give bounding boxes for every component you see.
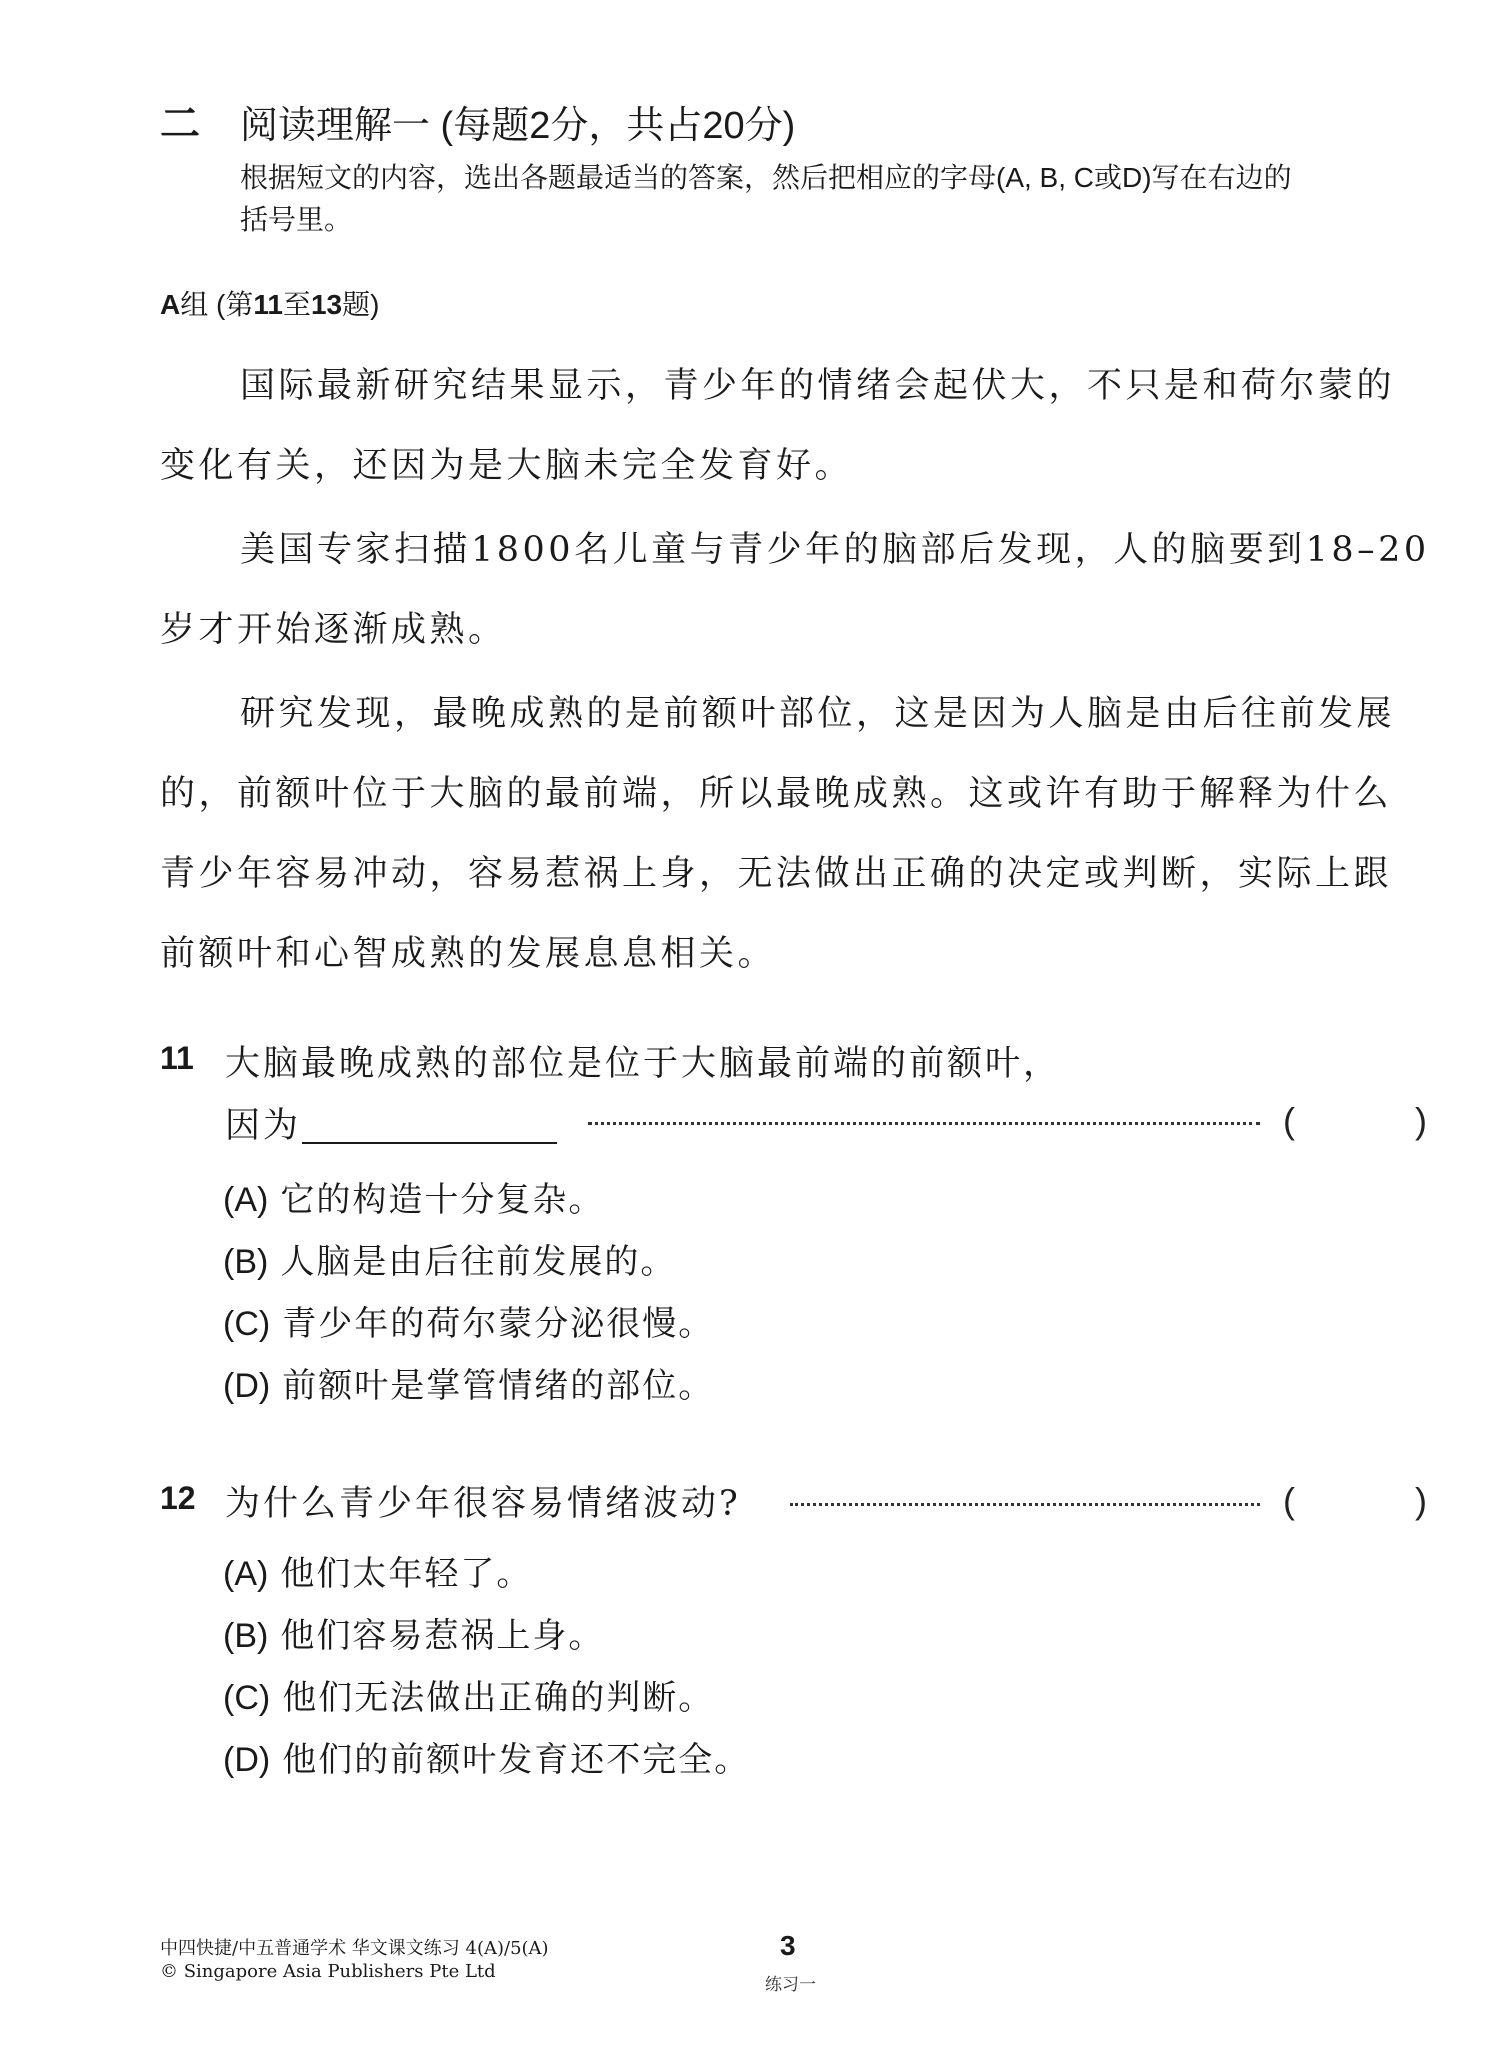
exercise-label: 练习一 [765, 1970, 816, 1995]
answer-bracket-open: ( [1283, 1480, 1295, 1522]
passage-line: 青少年容易冲动，容易惹祸上身，无法做出正确的决定或判断，实际上跟 [160, 846, 1392, 896]
passage-line: 美国专家扫描1800名儿童与青少年的脑部后发现，人的脑要到18–20 [240, 522, 1430, 572]
answer-box[interactable] [1300, 1480, 1410, 1524]
question-number: 12 [160, 1480, 196, 1517]
copyright: © Singapore Asia Publishers Pte Ltd [160, 1960, 549, 1983]
option-a[interactable]: (A)他们太年轻了。 [223, 1546, 532, 1595]
passage-line: 国际最新研究结果显示，青少年的情绪会起伏大，不只是和荷尔蒙的 [240, 358, 1395, 408]
answer-bracket-open: ( [1283, 1100, 1295, 1142]
answer-bracket-close: ) [1415, 1100, 1427, 1142]
fill-in-blank[interactable] [302, 1142, 557, 1144]
question-number: 11 [160, 1040, 194, 1077]
option-c[interactable]: (C)他们无法做出正确的判断。 [223, 1670, 714, 1719]
option-b[interactable]: (B)他们容易惹祸上身。 [223, 1608, 604, 1657]
instructions-line-1: 根据短文的内容，选出各题最适当的答案，然后把相应的字母(A, B, C或D)写在… [240, 156, 1292, 196]
answer-box[interactable] [1300, 1100, 1410, 1144]
question-text-continued: 因为 [225, 1098, 301, 1148]
passage-line: 研究发现，最晚成熟的是前额叶部位，这是因为人脑是由后往前发展 [240, 686, 1395, 736]
passage-line: 岁才开始逐渐成熟。 [160, 602, 507, 652]
question-text: 为什么青少年很容易情绪波动? [225, 1476, 741, 1526]
section-number: 二 [160, 92, 200, 149]
page-number: 3 [780, 1930, 796, 1962]
passage-line: 前额叶和心智成熟的发展息息相关。 [160, 926, 776, 976]
passage-line: 的，前额叶位于大脑的最前端，所以最晚成熟。这或许有助于解释为什么 [160, 766, 1392, 816]
question-text: 大脑最晚成熟的部位是位于大脑最前端的前额叶， [225, 1036, 1061, 1086]
group-letter: A [160, 289, 180, 320]
option-a[interactable]: (A)它的构造十分复杂。 [223, 1172, 604, 1221]
passage-line: 变化有关，还因为是大脑未完全发育好。 [160, 438, 853, 488]
book-title: 中四快捷/中五普通学术 华文课文练习 4(A)/5(A) [160, 1937, 549, 1960]
instructions-line-2: 括号里。 [240, 198, 352, 238]
leader-dots [790, 1503, 1260, 1506]
option-d[interactable]: (D)他们的前额叶发育还不完全。 [223, 1732, 750, 1781]
section-title: 阅读理解一 (每题2分，共占20分) [240, 94, 795, 149]
option-d[interactable]: (D)前额叶是掌管情绪的部位。 [223, 1358, 714, 1407]
option-b[interactable]: (B)人脑是由后往前发展的。 [223, 1234, 676, 1283]
group-label: A组 (第11至13题) [160, 283, 379, 323]
footer-publisher: 中四快捷/中五普通学术 华文课文练习 4(A)/5(A) © Singapore… [160, 1937, 549, 1983]
option-c[interactable]: (C)青少年的荷尔蒙分泌很慢。 [223, 1296, 714, 1345]
answer-bracket-close: ) [1415, 1480, 1427, 1522]
leader-dots [588, 1122, 1260, 1125]
